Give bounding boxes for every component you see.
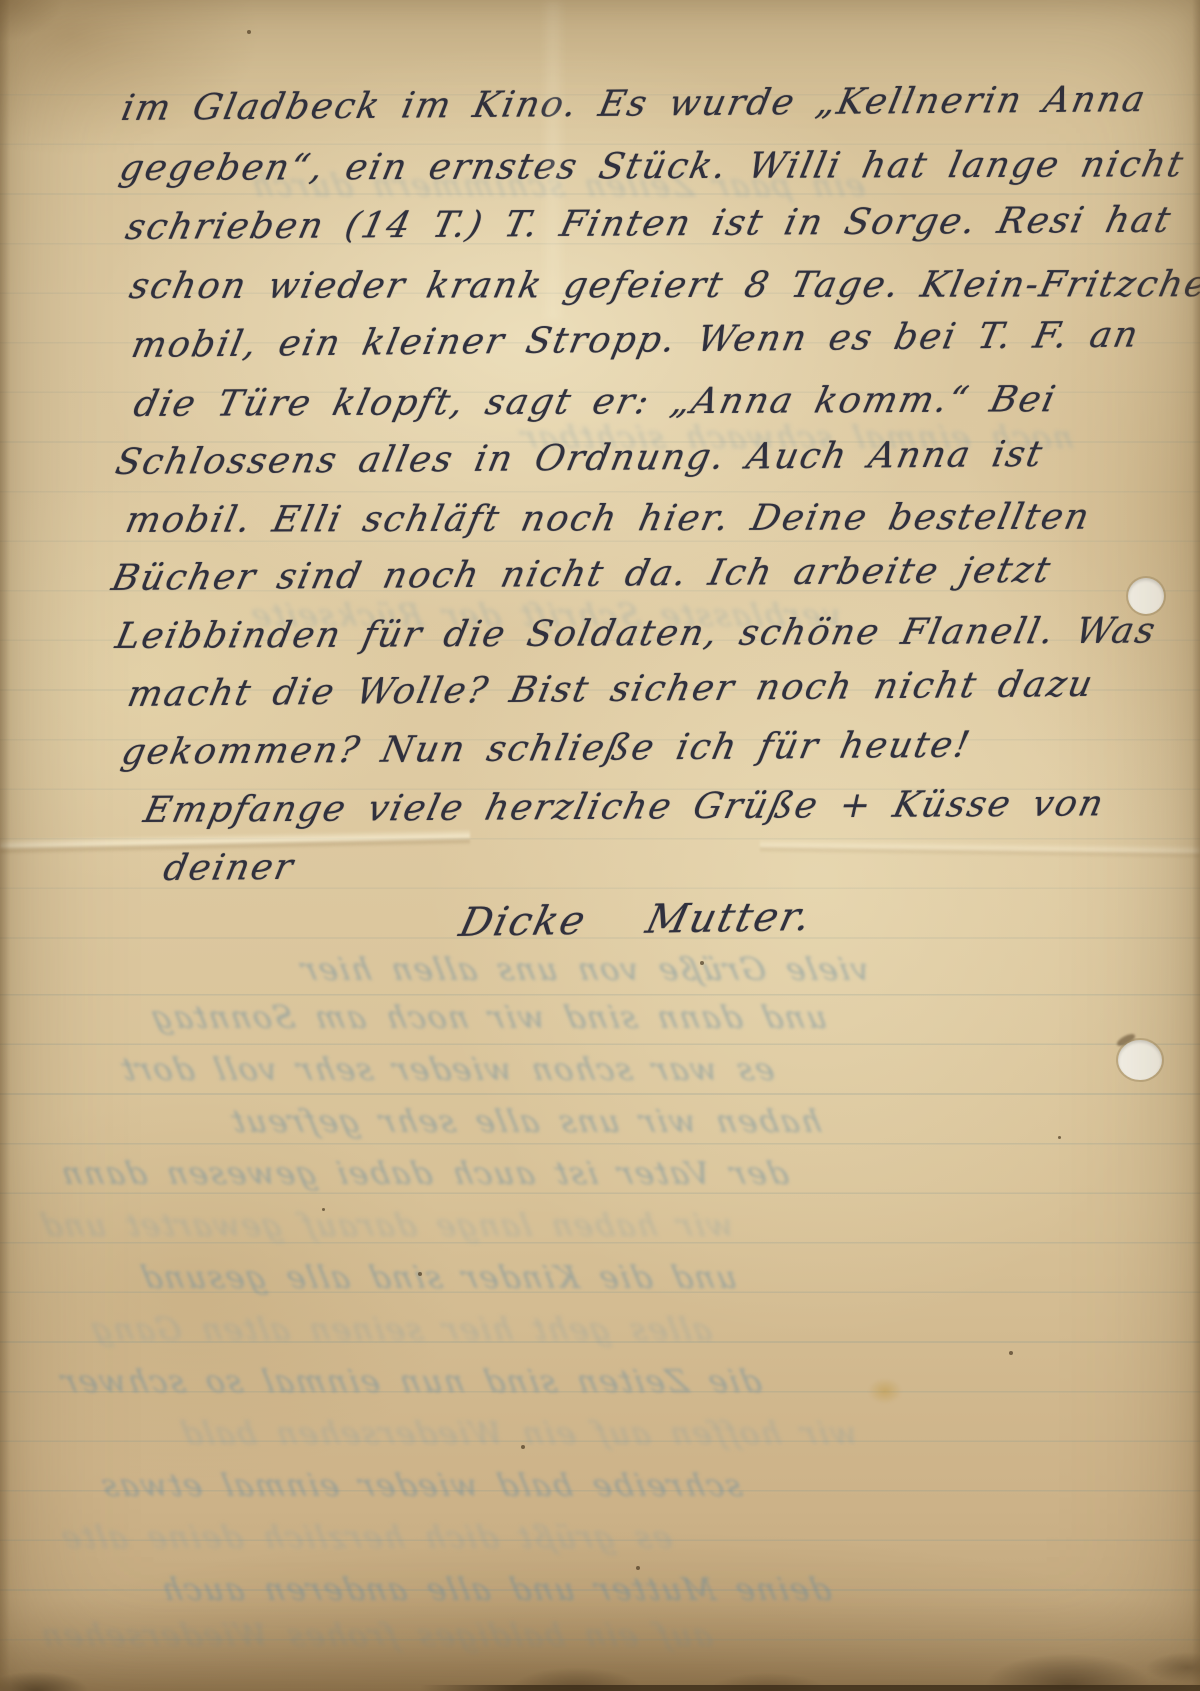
bleed-through-line: und dann sind wir noch am Sonntag [146, 1000, 830, 1036]
bleed-through-line: deine Mutter und alle anderen auch [156, 1572, 834, 1608]
handwriting-line: Empfange viele herzliche Grüße + Küsse v… [140, 783, 1109, 831]
stain [868, 1378, 902, 1404]
handwriting-line: mobil. Elli schläft noch hier. Deine bes… [122, 497, 1094, 541]
speck [418, 1272, 422, 1276]
punch-hole [1118, 1040, 1162, 1080]
bleed-through-line: schreibe bald wieder einmal etwas [96, 1468, 745, 1504]
worn-bottom-edge [420, 1685, 1200, 1691]
bleed-through-line: viele Grüße von uns allen hier [296, 952, 872, 988]
vignette [0, 0, 1200, 1691]
punch-hole [1128, 578, 1164, 614]
worn-bottom-edge [0, 1561, 1200, 1691]
handwriting-line: gegeben“, ein ernstes Stück. Willi hat l… [116, 144, 1200, 189]
handwriting-line: im Gladbeck im Kino. Es wurde „Kellnerin… [118, 79, 1150, 129]
handwriting-line: die Türe klopft, sagt er: „Anna komm.“ B… [130, 379, 1061, 425]
handwriting-line: Bücher sind noch nicht da. Ich arbeite j… [108, 550, 1056, 599]
speck [1009, 1351, 1013, 1355]
page-edge [0, 0, 10, 1691]
letter-page: ein paar Zeilen schimmern durch noch ein… [0, 0, 1200, 1691]
bleed-through-line: haben wir uns alle sehr gefreut [226, 1104, 825, 1140]
handwriting-line: schon wieder krank gefeiert 8 Tage. Klei… [126, 264, 1200, 307]
speck [322, 1208, 325, 1211]
bleed-through-line: auf ein baldiges frohes Wiedersehen [36, 1618, 716, 1654]
handwriting-line: gekommen? Nun schließe ich für heute! [118, 725, 975, 773]
bleed-through-line: es war schon wieder sehr voll dort [116, 1052, 777, 1088]
bleed-through-line: und die Kinder sind alle gesund [136, 1260, 740, 1296]
handwriting-line: deiner [160, 847, 298, 889]
signature: Dicke Mutter. [455, 894, 817, 946]
speck [247, 30, 251, 34]
speck [521, 1445, 525, 1449]
handwriting-line: Leibbinden für die Soldaten, schöne Flan… [112, 611, 1160, 657]
bleed-through-line: die Zeiten sind nun einmal so schwer [56, 1364, 765, 1400]
handwriting-line: Schlossens alles in Ordnung. Auch Anna i… [112, 434, 1047, 483]
fold-crease [760, 839, 1200, 859]
bleed-through-line: wir haben lange darauf gewartet und [36, 1208, 736, 1244]
bleed-through-line: es grüßt dich herzlich deine alte [56, 1520, 675, 1556]
corner-shadow [0, 0, 90, 70]
handwriting-line: macht die Wolle? Bist sicher noch nicht … [124, 664, 1098, 715]
paper-texture [0, 0, 1200, 1691]
speck [1058, 1136, 1061, 1139]
bleed-through-line: der Vater ist auch dabei gewesen dann [56, 1156, 791, 1192]
ruled-lines-lower [0, 946, 1200, 1676]
bleed-through-line: alles geht hier seinen alten Gang [86, 1312, 715, 1348]
bleed-through-line: wir hoffen auf ein Wiedersehen bald [176, 1416, 860, 1452]
speck [636, 1566, 640, 1570]
handwriting-line: schrieben (14 T.) T. Finten ist in Sorge… [122, 200, 1176, 248]
page-edge [1192, 0, 1200, 1691]
speck [700, 961, 704, 965]
handwriting-line: mobil, ein kleiner Stropp. Wenn es bei T… [128, 314, 1143, 366]
